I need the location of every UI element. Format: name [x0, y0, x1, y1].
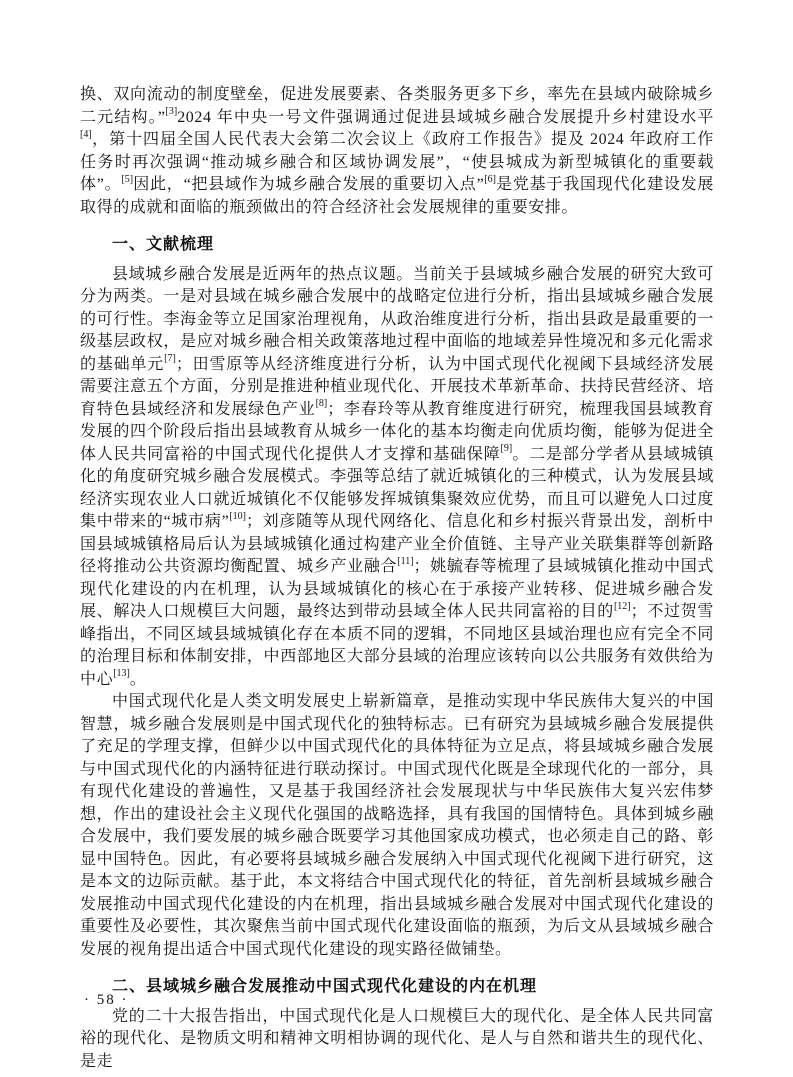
- document-body: 换、双向流动的制度壁垒，促进发展要素、各类服务更多下乡，率先在县域内破除城乡二元…: [80, 84, 714, 1073]
- citation-marker: [6]: [484, 174, 496, 185]
- page-number: · 58 ·: [84, 992, 129, 1009]
- paragraph: 换、双向流动的制度壁垒，促进发展要素、各类服务更多下乡，率先在县域内破除城乡二元…: [80, 84, 714, 219]
- citation-marker: [12]: [614, 601, 631, 612]
- citation-marker: [9]: [500, 443, 512, 454]
- citation-marker: [3]: [166, 106, 178, 117]
- citation-marker: [7]: [164, 353, 176, 364]
- citation-marker: [8]: [316, 398, 328, 409]
- paragraph: 党的二十大报告指出，中国式现代化是人口规模巨大的现代化、是全体人民共同富裕的现代…: [80, 1006, 714, 1074]
- paragraph: 中国式现代化是人类文明发展史上崭新篇章，是推动实现中华民族伟大复兴的中国智慧，城…: [80, 691, 714, 961]
- paper-page: 换、双向流动的制度壁垒，促进发展要素、各类服务更多下乡，率先在县域内破除城乡二元…: [0, 0, 793, 1077]
- citation-marker: [11]: [397, 556, 413, 567]
- citation-marker: [4]: [80, 129, 92, 140]
- citation-marker: [10]: [229, 511, 246, 522]
- section-heading: 一、文献梳理: [80, 234, 714, 257]
- citation-marker: [13]: [113, 668, 130, 679]
- citation-marker: [5]: [121, 174, 133, 185]
- paragraph: 县域城乡融合发展是近两年的热点议题。当前关于县域城乡融合发展的研究大致可分为两类…: [80, 264, 714, 692]
- section-heading: 二、县域城乡融合发展推动中国式现代化建设的内在机理: [80, 976, 714, 999]
